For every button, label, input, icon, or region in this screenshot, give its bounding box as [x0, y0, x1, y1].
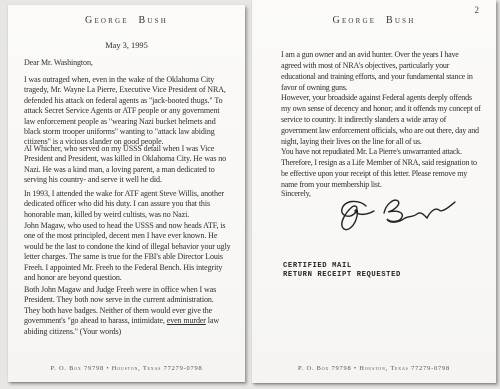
page2-footer-address: P. O. Box 79798 • Houston, Texas 77279-0…: [252, 365, 496, 372]
page2-paragraph-1: I am a gun owner and an avid hunter. Ove…: [281, 49, 492, 93]
page1-paragraph-2: Al Whicher, who served on my USSS detail…: [24, 144, 238, 186]
page1-paragraph-1: I was outraged when, even in the wake of…: [24, 75, 238, 148]
page2-paragraph-3: You have not repudiated Mr. La Pierre's …: [281, 146, 492, 190]
page1-paragraph-3: In 1993, I attended the wake for ATF age…: [24, 189, 238, 220]
letter-page-1: George Bush May 3, 1995 Dear Mr. Washing…: [8, 5, 245, 382]
letterhead-george-bush: George Bush: [8, 15, 245, 26]
letterhead-george-bush: George Bush: [252, 15, 496, 26]
letter-page-2: 2 George Bush I am a gun owner and an av…: [252, 0, 496, 383]
george-bush-signature-icon: [330, 196, 464, 236]
page1-paragraph-5: Both John Magaw and Judge Freeh were in …: [24, 285, 238, 337]
salutation: Dear Mr. Washington,: [24, 58, 238, 68]
page1-footer-address: P. O. Box 79798 • Houston, Texas 77279-0…: [8, 365, 245, 372]
letter-date: May 3, 1995: [8, 41, 245, 50]
scanned-letter-canvas: George Bush May 3, 1995 Dear Mr. Washing…: [0, 0, 500, 389]
page2-paragraph-2: However, your broadside against Federal …: [281, 92, 492, 147]
certified-mail-notice: CERTIFIED MAIL RETURN RECEIPT REQUESTED: [283, 262, 401, 280]
page-number: 2: [475, 5, 480, 15]
page1-paragraph-4: John Magaw, who used to head the USSS an…: [24, 221, 238, 283]
underlined-phrase: even murder: [167, 316, 206, 325]
